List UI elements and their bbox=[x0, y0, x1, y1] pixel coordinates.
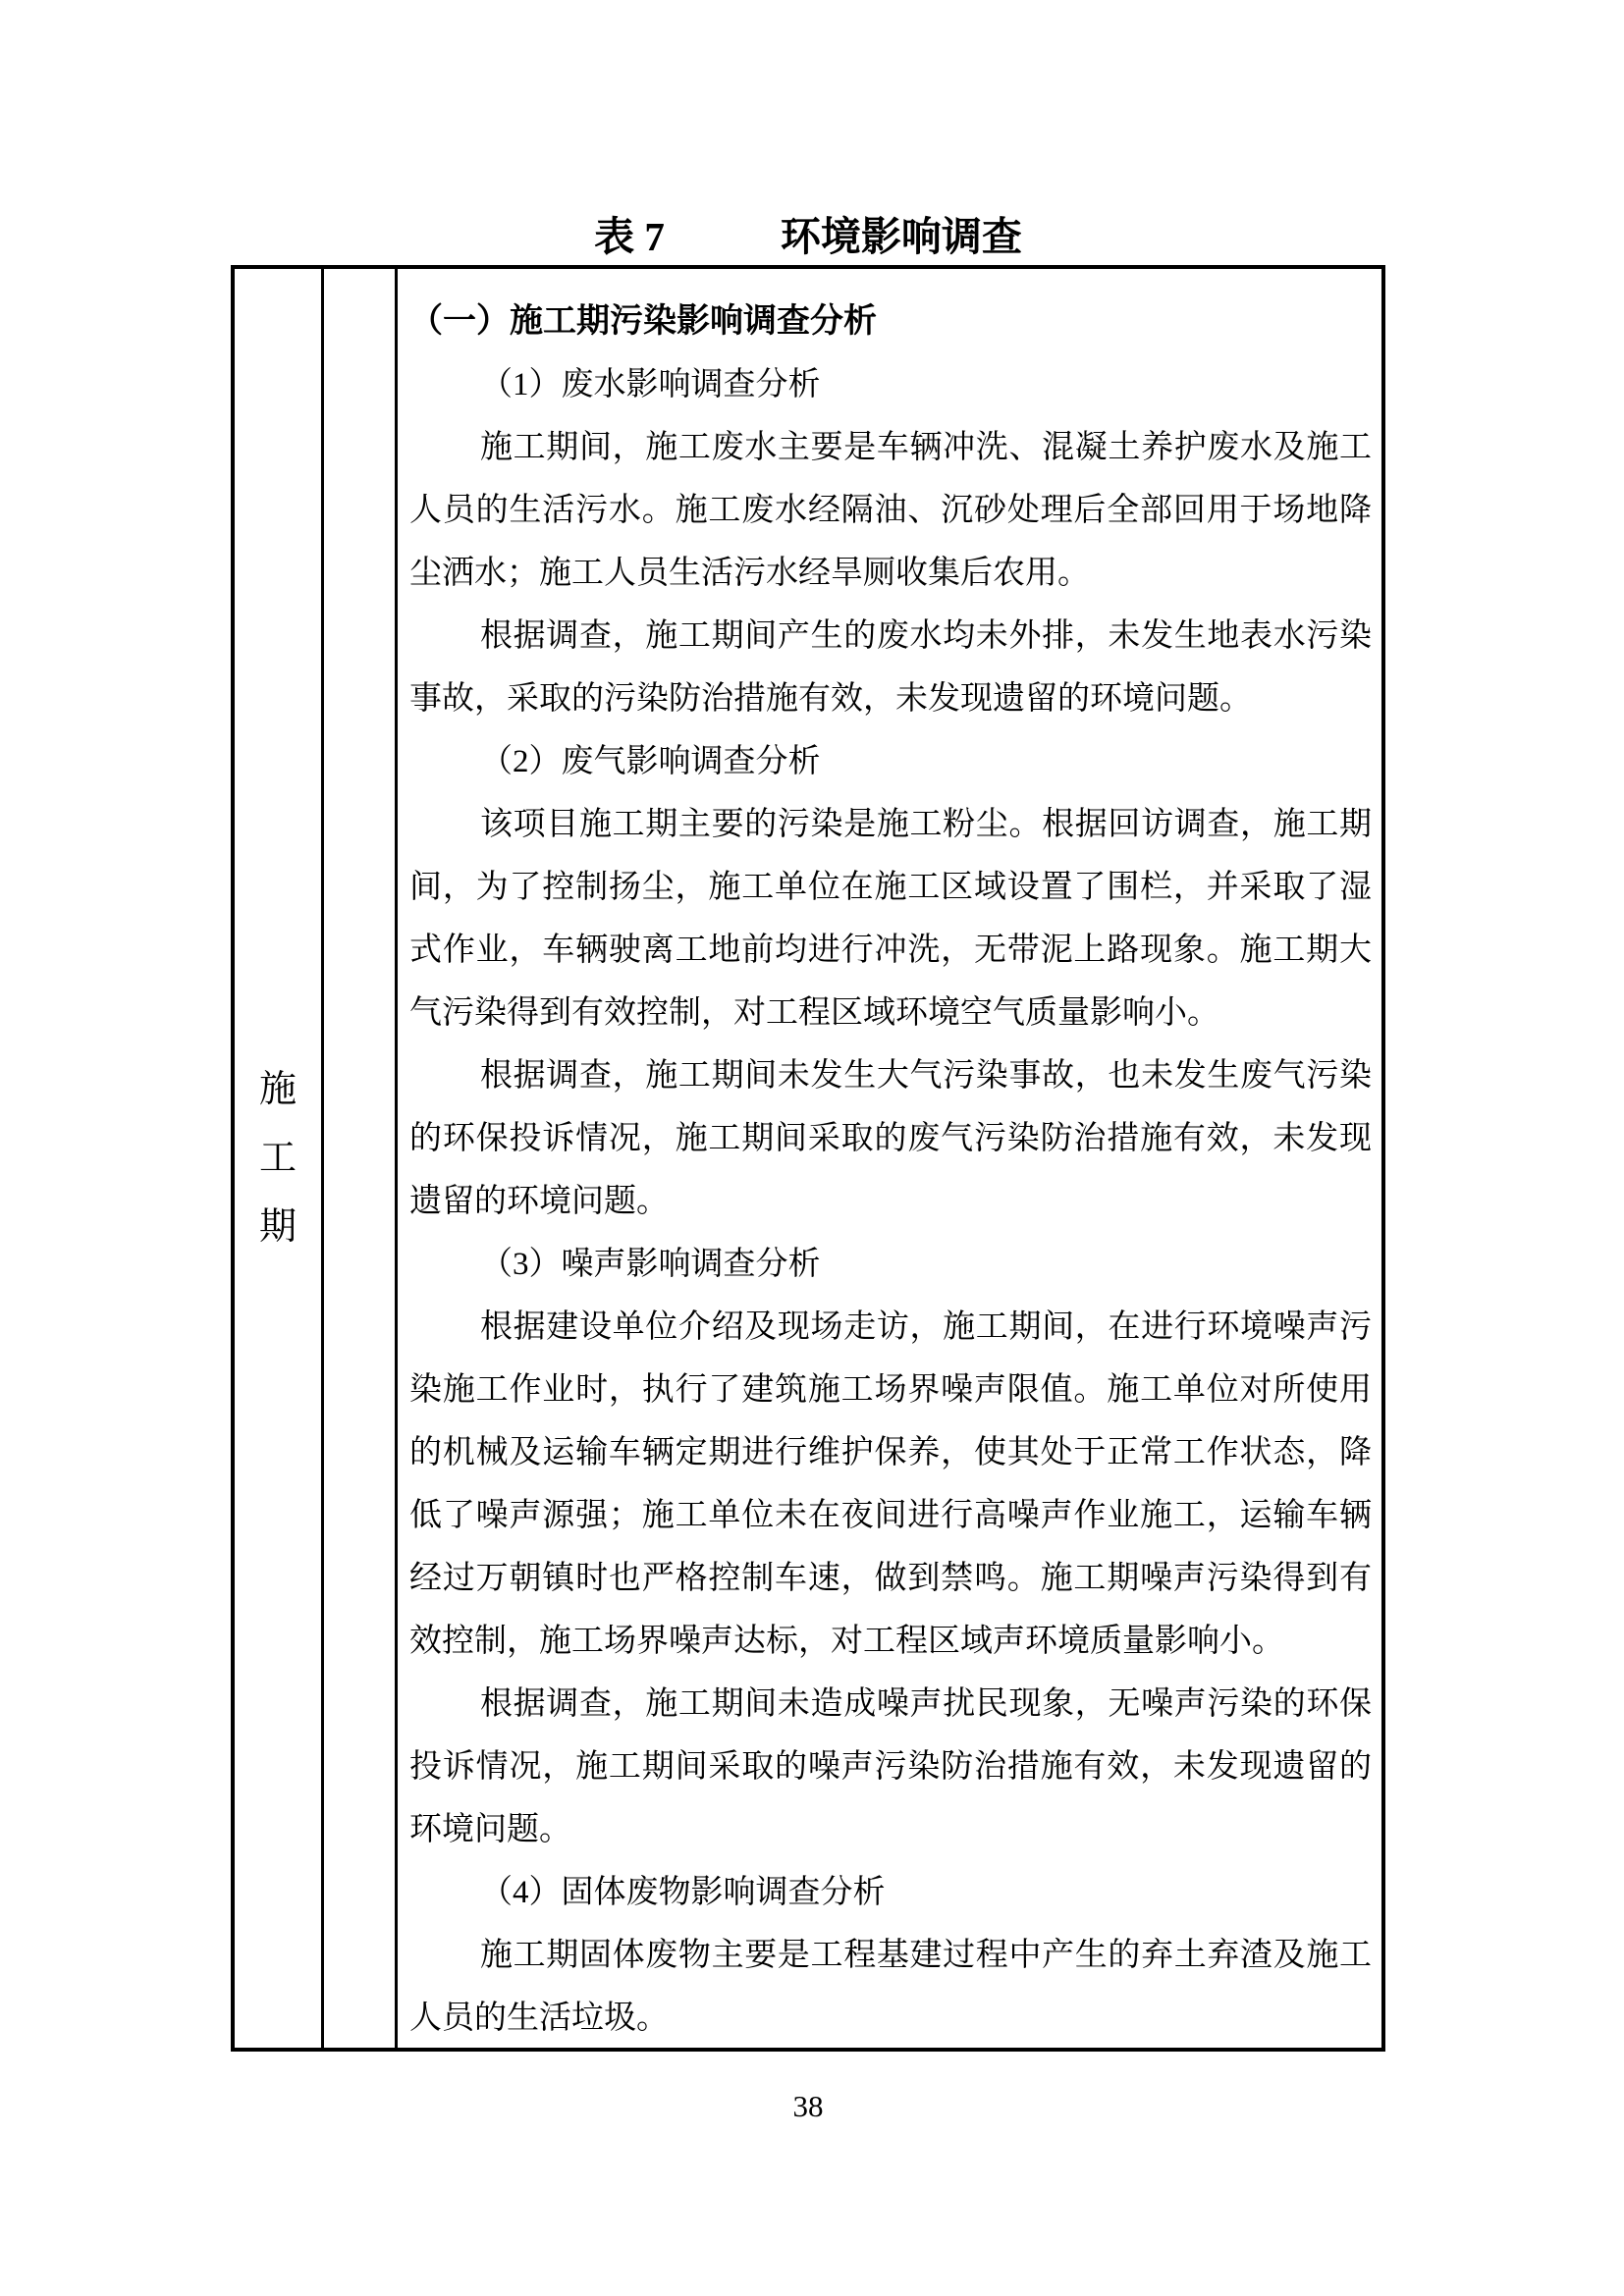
text-line: 气污染得到有效控制，对工程区域环境空气质量影响小。 bbox=[409, 982, 1372, 1044]
text-line: （一）施工期污染影响调查分析 bbox=[409, 291, 1372, 353]
text-line: 施工期间，施工废水主要是车辆冲洗、混凝土养护废水及施工 bbox=[409, 416, 1372, 479]
table-caption: 表 7 环境影响调查 bbox=[231, 210, 1385, 263]
text-line: 环境问题。 bbox=[409, 1798, 1372, 1861]
period-header-char: 工 bbox=[259, 1124, 297, 1193]
text-line: 遗留的环境问题。 bbox=[409, 1170, 1372, 1233]
table-caption-text: 环境影响调查 bbox=[781, 210, 1022, 263]
text-line: 根据建设单位介绍及现场走访，施工期间，在进行环境噪声污 bbox=[409, 1296, 1372, 1359]
empty-cell bbox=[324, 269, 398, 2048]
text-line: 人员的生活污水。施工废水经隔油、沉砂处理后全部回用于场地降 bbox=[409, 479, 1372, 542]
text-line: 低了噪声源强；施工单位未在夜间进行高噪声作业施工，运输车辆 bbox=[409, 1484, 1372, 1547]
text-line: 的环保投诉情况，施工期间采取的废气污染防治措施有效，未发现 bbox=[409, 1107, 1372, 1170]
text-line: 尘洒水；施工人员生活污水经旱厕收集后农用。 bbox=[409, 542, 1372, 605]
table-caption-label: 表 7 bbox=[594, 210, 665, 263]
period-header-char: 施 bbox=[259, 1055, 297, 1124]
text-line: （2）废气影响调查分析 bbox=[409, 730, 1372, 793]
text-line: 的机械及运输车辆定期进行维护保养，使其处于正常工作状态，降 bbox=[409, 1421, 1372, 1484]
page-number: 38 bbox=[231, 2087, 1385, 2126]
text-line: 事故，采取的污染防治措施有效，未发现遗留的环境问题。 bbox=[409, 667, 1372, 730]
text-line: （3）噪声影响调查分析 bbox=[409, 1233, 1372, 1296]
text-line: 根据调查，施工期间未发生大气污染事故，也未发生废气污染 bbox=[409, 1044, 1372, 1107]
text-line: 根据调查，施工期间未造成噪声扰民现象，无噪声污染的环保 bbox=[409, 1673, 1372, 1735]
text-line: 根据调查，施工期间产生的废水均未外排，未发生地表水污染 bbox=[409, 605, 1372, 667]
text-line: （1）废水影响调查分析 bbox=[409, 353, 1372, 416]
text-line: 效控制，施工场界噪声达标，对工程区域声环境质量影响小。 bbox=[409, 1610, 1372, 1673]
period-header-char: 期 bbox=[259, 1193, 297, 1261]
text-line: 式作业，车辆驶离工地前均进行冲洗，无带泥上路现象。施工期大 bbox=[409, 919, 1372, 982]
text-line: 间，为了控制扬尘，施工单位在施工区域设置了围栏，并采取了湿 bbox=[409, 856, 1372, 919]
content-cell: （一）施工期污染影响调查分析（1）废水影响调查分析施工期间，施工废水主要是车辆冲… bbox=[398, 269, 1381, 2048]
text-line: 染施工作业时，执行了建筑施工场界噪声限值。施工单位对所使用 bbox=[409, 1359, 1372, 1421]
period-header-cell: 施工期 bbox=[235, 269, 324, 2048]
document-page: 表 7 环境影响调查 施工期 （一）施工期污染影响调查分析（1）废水影响调查分析… bbox=[0, 0, 1624, 2296]
text-line: 施工期固体废物主要是工程基建过程中产生的弃土弃渣及施工 bbox=[409, 1924, 1372, 1987]
text-line: （4）固体废物影响调查分析 bbox=[409, 1861, 1372, 1924]
text-line: 该项目施工期主要的污染是施工粉尘。根据回访调查，施工期 bbox=[409, 793, 1372, 856]
environment-impact-table: 施工期 （一）施工期污染影响调查分析（1）废水影响调查分析施工期间，施工废水主要… bbox=[231, 265, 1385, 2052]
text-line: 投诉情况，施工期间采取的噪声污染防治措施有效，未发现遗留的 bbox=[409, 1735, 1372, 1798]
text-line: 经过万朝镇时也严格控制车速，做到禁鸣。施工期噪声污染得到有 bbox=[409, 1547, 1372, 1610]
text-line: 人员的生活垃圾。 bbox=[409, 1987, 1372, 2048]
